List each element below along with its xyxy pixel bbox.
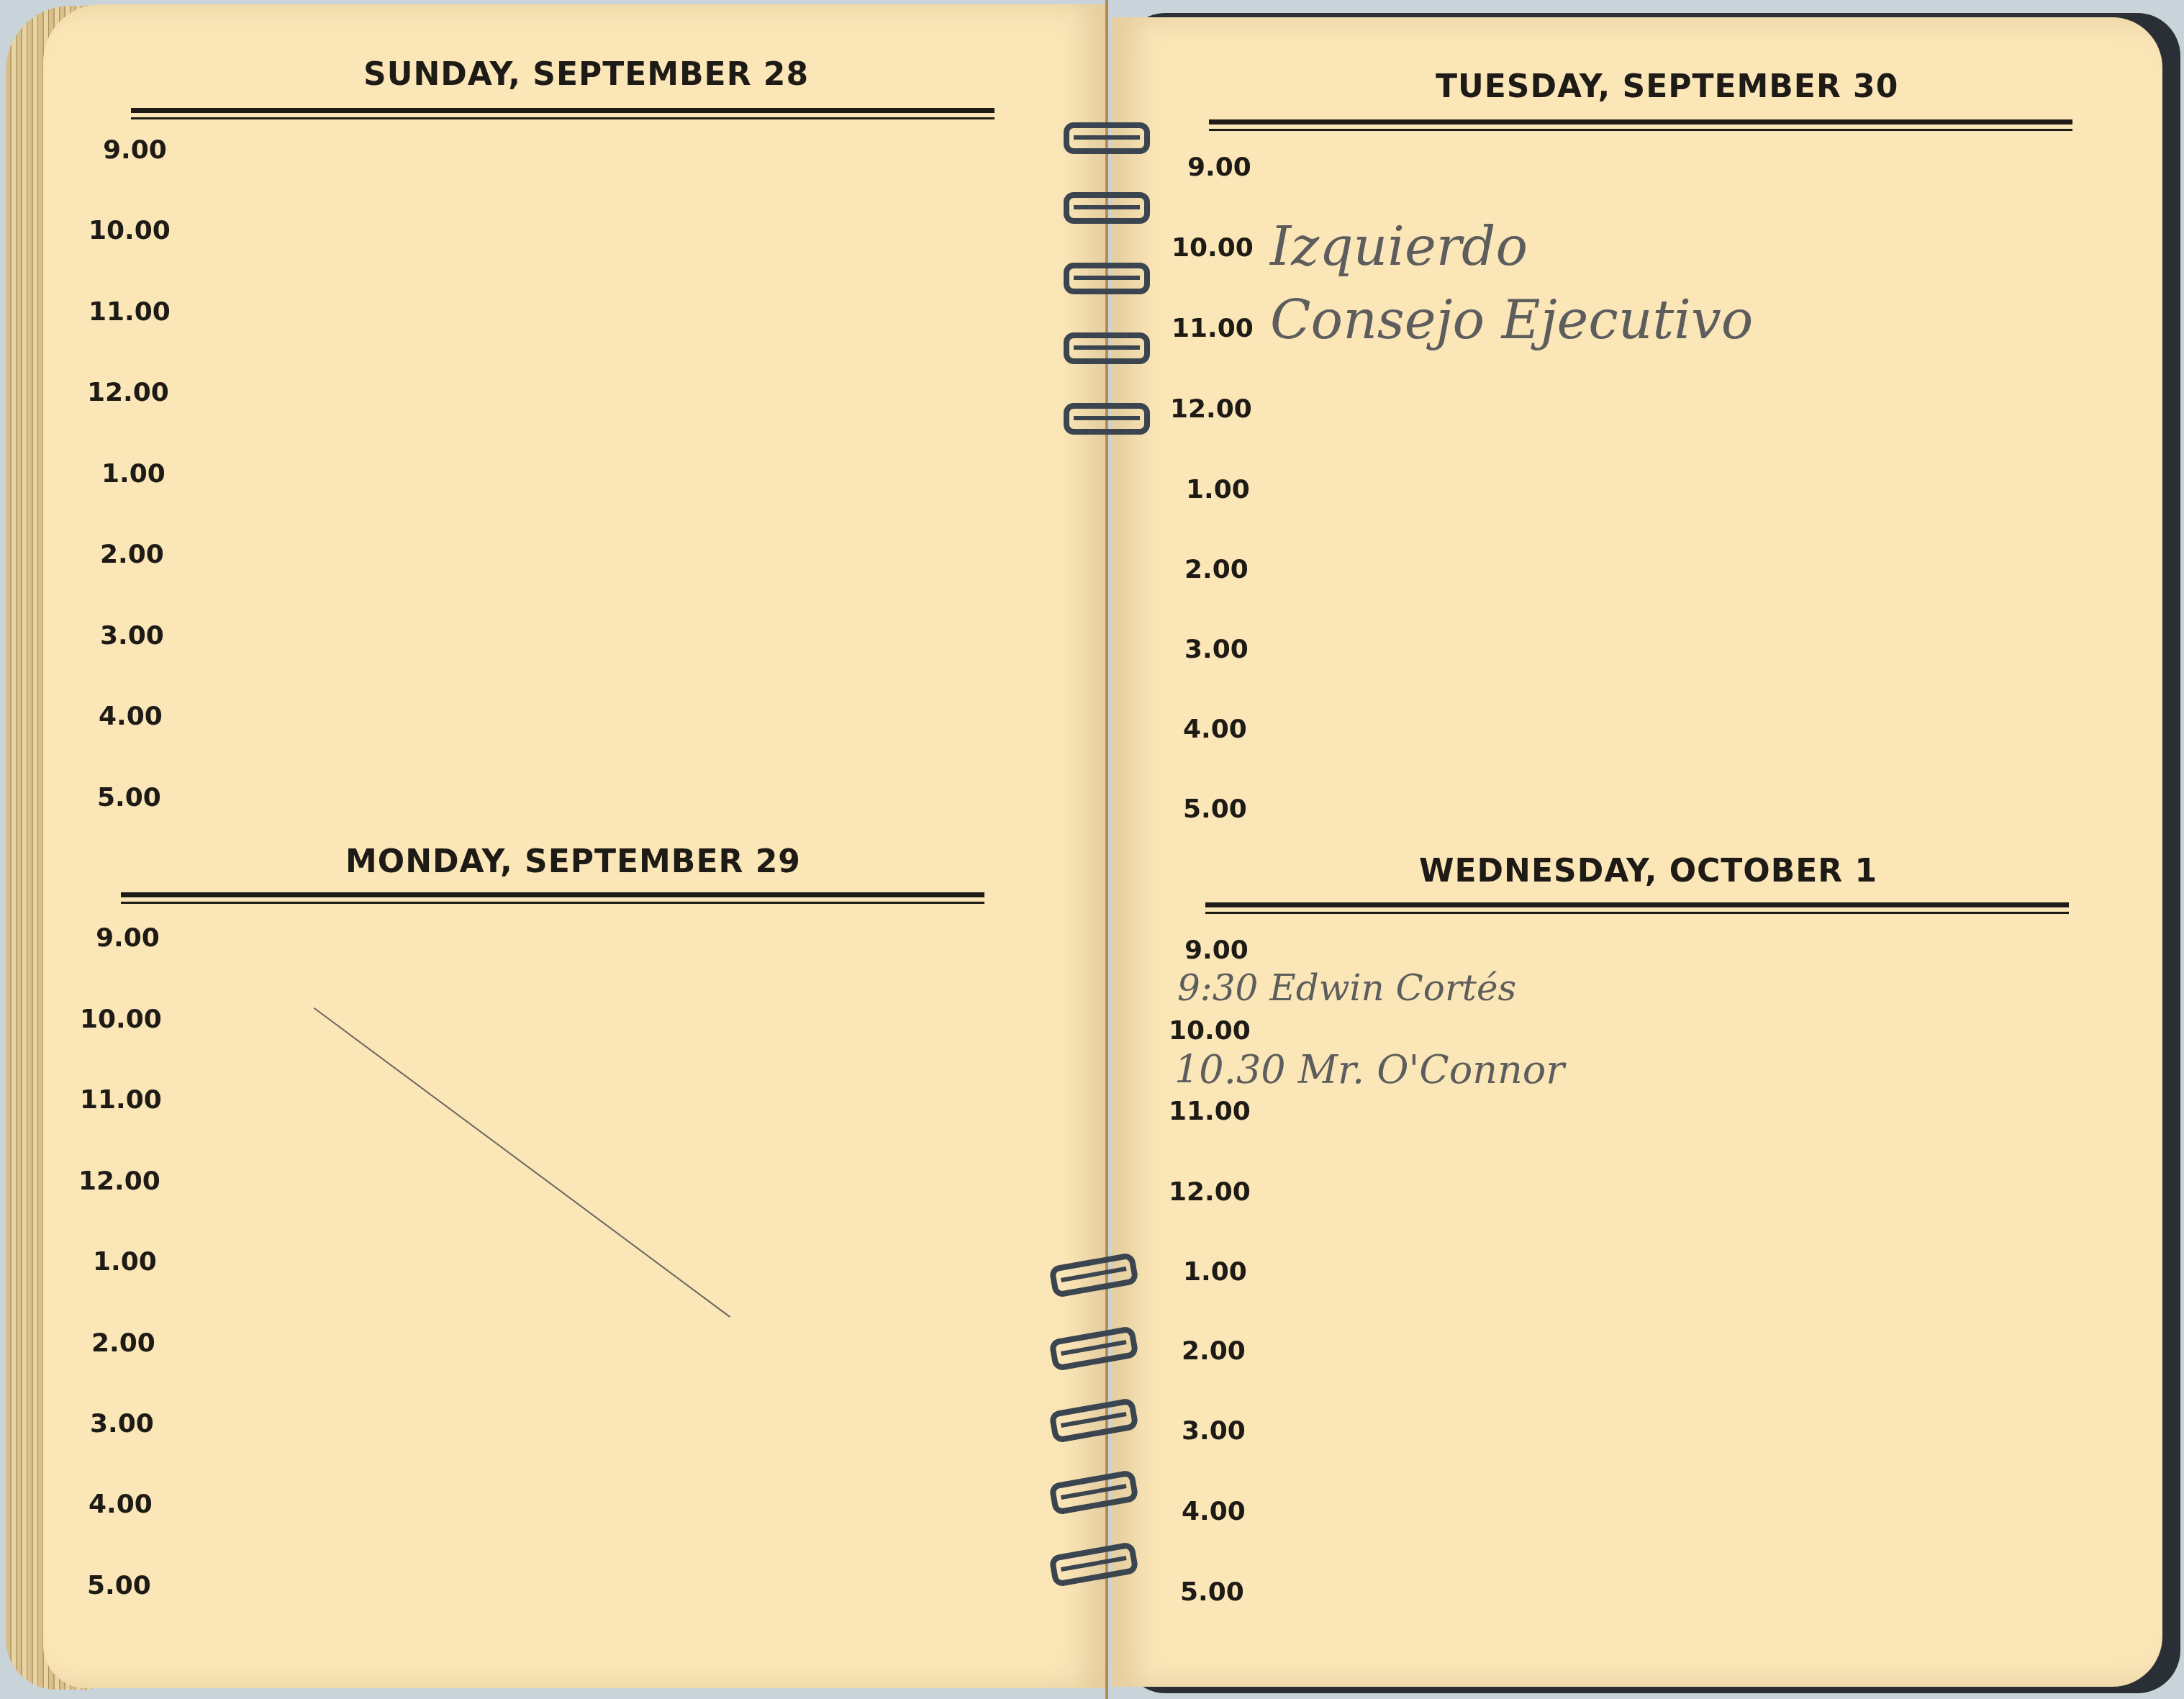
spiral-ring [1064,192,1150,224]
time-label: 2.00 [1182,1336,1246,1366]
time-label: 9.00 [96,923,160,953]
header-rule [131,108,994,123]
time-label: 1.00 [93,1247,157,1277]
time-label: 3.00 [90,1409,154,1439]
time-label: 2.00 [100,540,164,569]
time-label: 9.00 [1184,935,1249,965]
right-page [1112,17,2162,1687]
time-label: 10.00 [89,216,171,245]
time-label: 12.00 [1169,1177,1251,1207]
day-title-sunday: SUNDAY, SEPTEMBER 28 [363,56,809,93]
gutter-line [1105,0,1108,1699]
time-label: 5.00 [1183,794,1247,824]
day-title-monday: MONDAY, SEPTEMBER 29 [345,843,801,880]
time-label: 3.00 [100,621,164,651]
time-label: 12.00 [78,1166,160,1196]
handwritten-entry: 9:30 Edwin Cortés [1177,967,1516,1009]
spiral-ring [1064,263,1150,294]
time-label: 9.00 [1187,153,1251,182]
time-label: 4.00 [99,702,163,731]
time-label: 11.00 [1172,314,1254,343]
handwritten-entry: 10.30 Mr. O'Connor [1174,1047,1564,1092]
time-label: 5.00 [87,1571,151,1600]
time-label: 4.00 [89,1490,153,1519]
spiral-ring [1064,332,1150,364]
spiral-ring [1064,403,1150,435]
time-label: 10.00 [1172,233,1254,263]
time-label: 9.00 [103,135,167,165]
time-label: 10.00 [80,1005,162,1034]
time-label: 10.00 [1169,1016,1251,1046]
time-label: 3.00 [1182,1416,1246,1446]
time-label: 2.00 [1184,555,1249,584]
handwritten-entry: Consejo Ejecutivo [1270,289,1753,351]
header-rule [1205,902,2069,918]
day-title-wednesday: WEDNESDAY, OCTOBER 1 [1419,853,1877,889]
time-label: 12.00 [87,378,169,407]
time-label: 5.00 [97,783,161,812]
time-label: 4.00 [1183,715,1247,744]
spiral-ring [1064,122,1150,154]
time-label: 12.00 [1170,394,1252,424]
time-label: 4.00 [1182,1497,1246,1526]
header-rule [1209,119,2072,135]
time-label: 11.00 [1169,1097,1251,1126]
time-label: 1.00 [101,459,166,489]
time-label: 5.00 [1180,1577,1244,1607]
time-label: 11.00 [80,1085,162,1115]
time-label: 3.00 [1184,635,1249,664]
day-title-tuesday: TUESDAY, SEPTEMBER 30 [1436,68,1898,105]
handwritten-entry: Izquierdo [1270,216,1528,278]
time-label: 1.00 [1183,1257,1247,1287]
header-rule [121,892,984,907]
time-label: 2.00 [91,1328,155,1358]
time-label: 11.00 [89,297,171,327]
time-label: 1.00 [1186,475,1250,504]
